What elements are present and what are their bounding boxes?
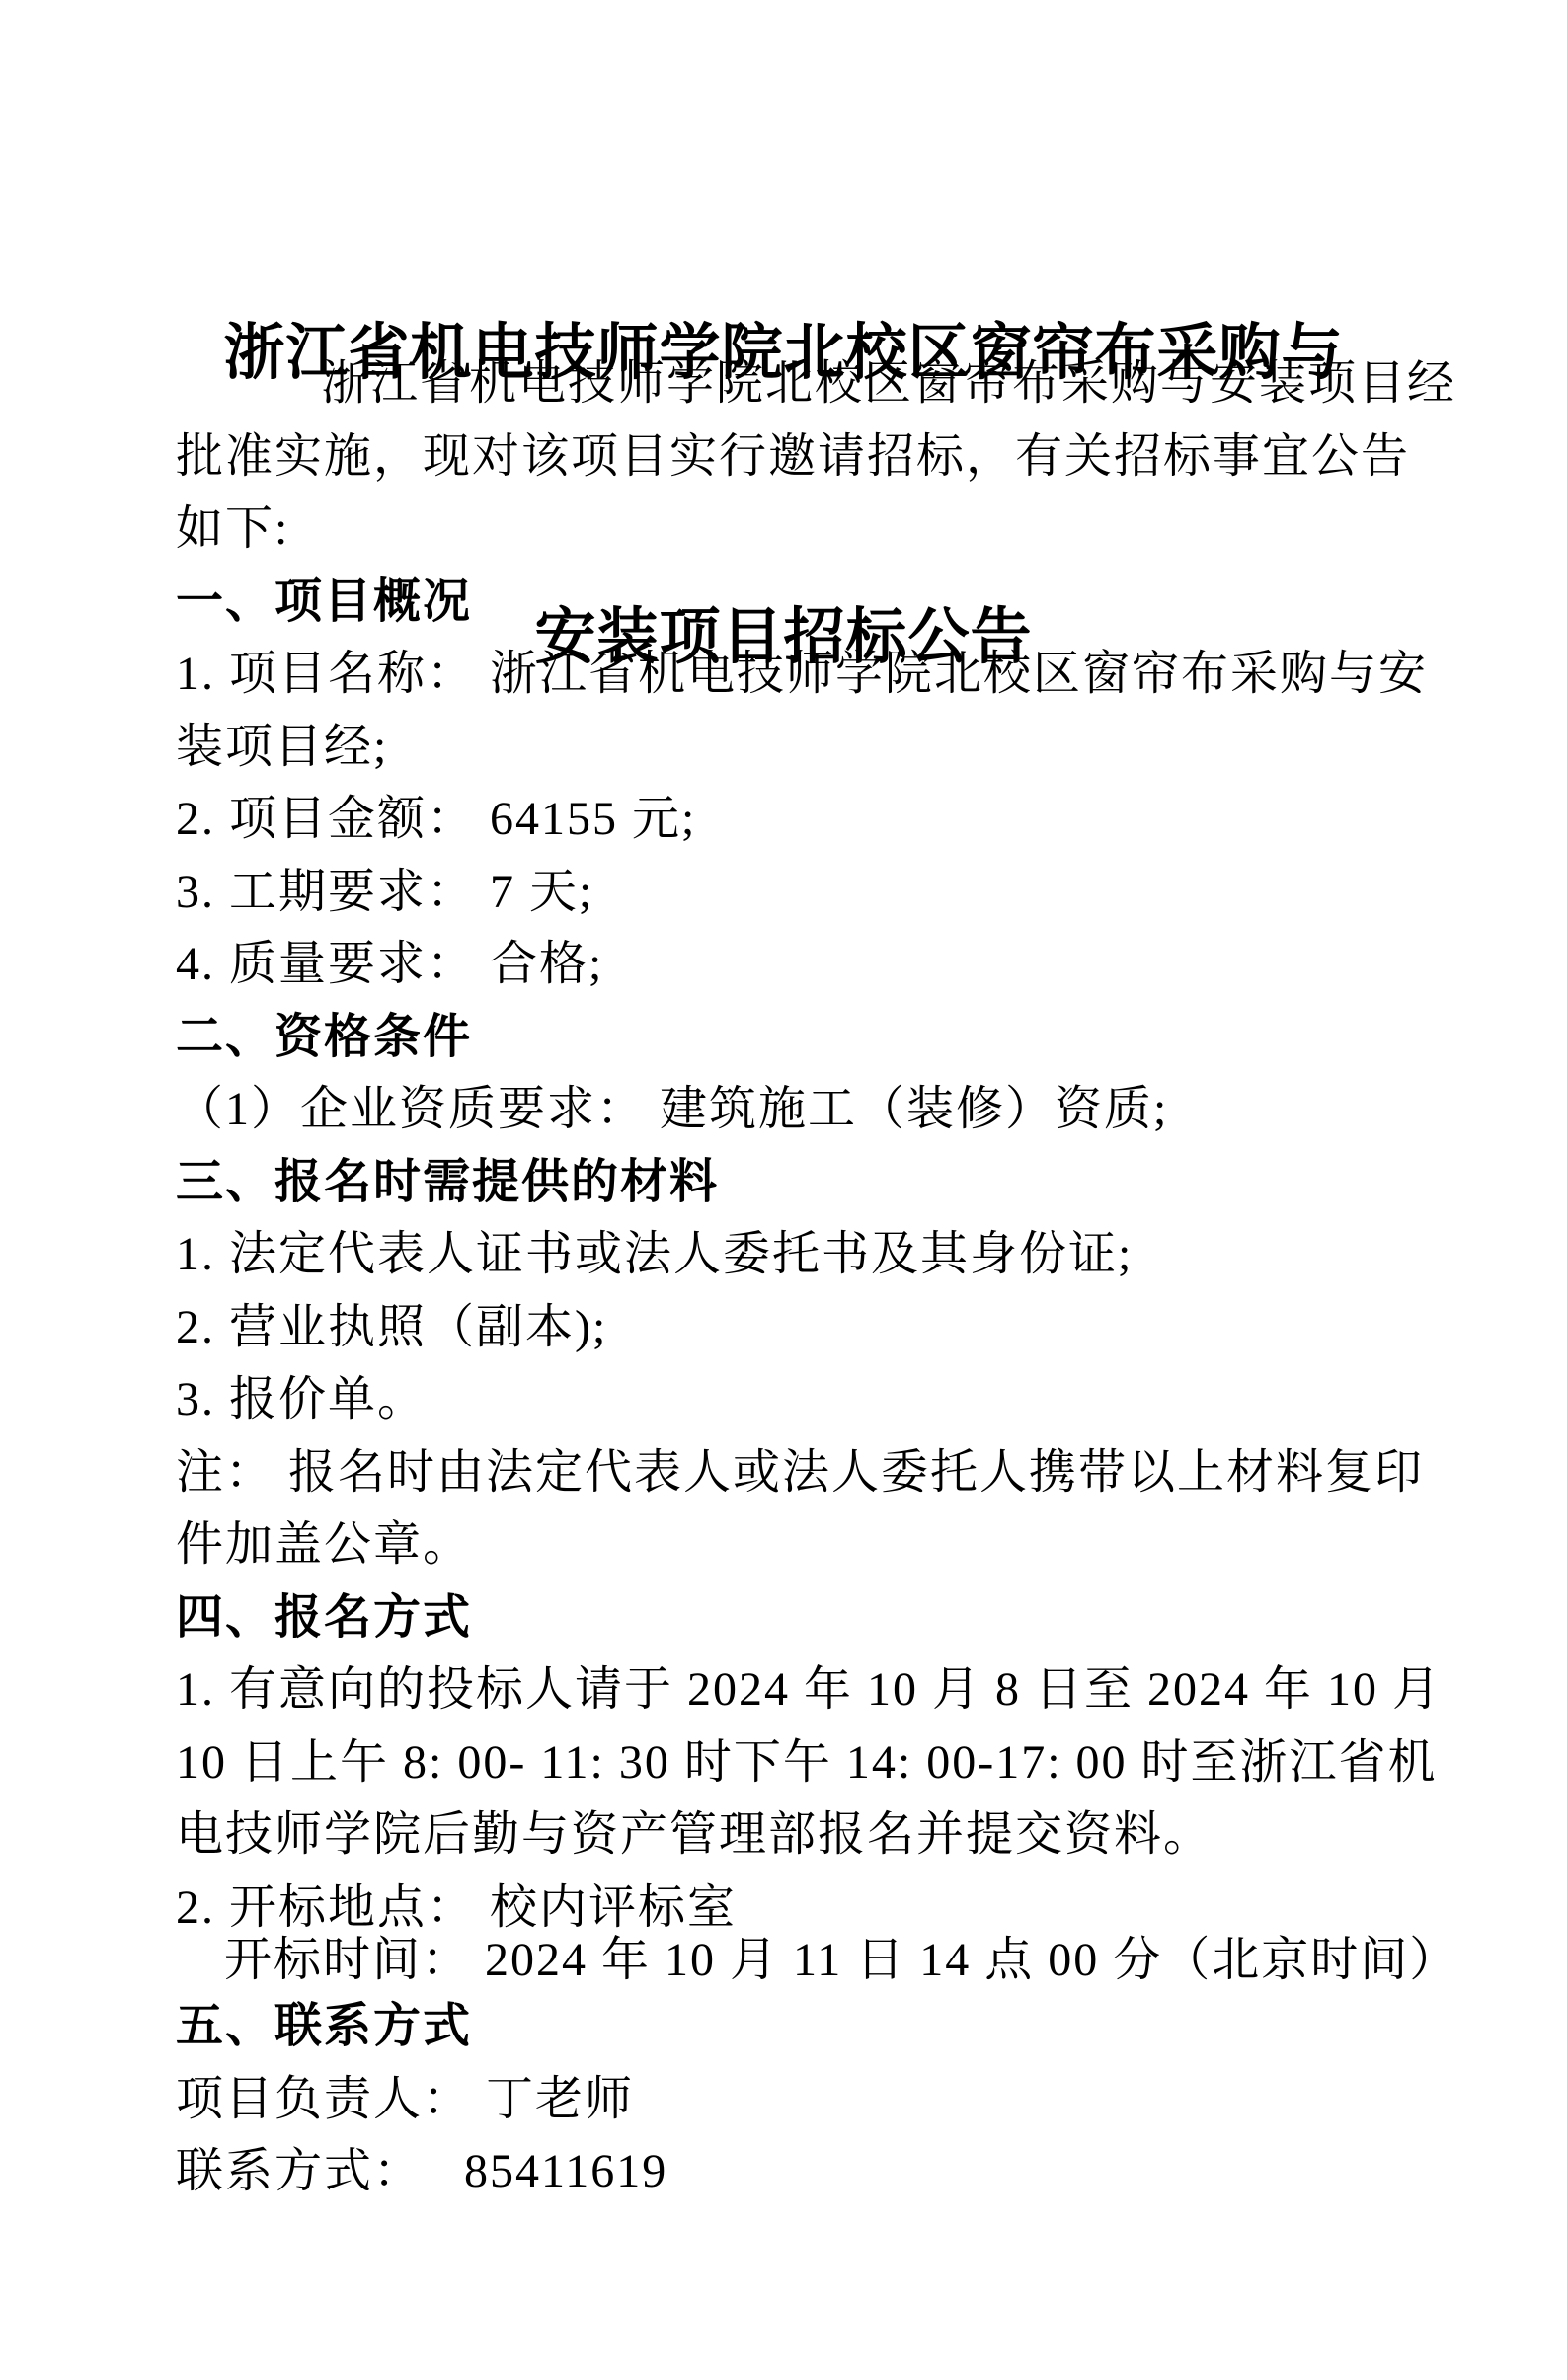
text-line: 1. 法定代表人证书或法人委托书及其身份证; <box>176 1218 1459 1291</box>
text-line: 1. 项目名称： 浙江省机电技师学院北校区窗帘布采购与安 <box>176 638 1459 711</box>
text-line: （1）企业资质要求： 建筑施工（装修）资质; <box>176 1073 1459 1146</box>
text-line: 装项目经; <box>176 711 1459 784</box>
text-line: 10 日上午 8: 00- 11: 30 时下午 14: 00-17: 00 时… <box>176 1727 1459 1800</box>
text-line: 浙江省机电技师学院北校区窗帘布采购与安装项目经 <box>176 347 1459 421</box>
text-line: 注： 报名时由法定代表人或法人委托人携带以上材料复印 <box>176 1436 1459 1509</box>
text-line: 联系方式： 85411619 <box>176 2135 1459 2208</box>
section-heading: 一、项目概况 <box>176 566 1459 639</box>
section-heading: 三、报名时需提供的材料 <box>176 1146 1459 1219</box>
text-line: 3. 报价单。 <box>176 1363 1459 1436</box>
text-line: 4. 质量要求： 合格; <box>176 928 1459 1001</box>
text-line: 项目负责人： 丁老师 <box>176 2063 1459 2136</box>
document-body: 浙江省机电技师学院北校区窗帘布采购与安装项目经批准实施，现对该项目实行邀请招标，… <box>176 347 1459 2208</box>
document-page: 浙江省机电技师学院北校区窗帘布采购与 安装项目招标公告 浙江省机电技师学院北校区… <box>0 0 1567 2380</box>
text-line: 3. 工期要求： 7 天; <box>176 856 1459 929</box>
section-heading: 四、报名方式 <box>176 1581 1459 1654</box>
text-line: 开标时间： 2024 年 10 月 11 日 14 点 00 分（北京时间） <box>176 1931 1459 1990</box>
text-line: 批准实施，现对该项目实行邀请招标，有关招标事宜公告 <box>176 421 1459 494</box>
text-line: 如下: <box>176 493 1459 566</box>
section-heading: 五、联系方式 <box>176 1990 1459 2063</box>
text-line: 件加盖公章。 <box>176 1508 1459 1581</box>
text-line: 电技师学院后勤与资产管理部报名并提交资料。 <box>176 1799 1459 1872</box>
section-heading: 二、资格条件 <box>176 1001 1459 1074</box>
text-line: 2. 项目金额： 64155 元; <box>176 783 1459 856</box>
text-line: 1. 有意向的投标人请于 2024 年 10 月 8 日至 2024 年 10 … <box>176 1653 1459 1727</box>
text-line: 2. 营业执照（副本); <box>176 1291 1459 1364</box>
